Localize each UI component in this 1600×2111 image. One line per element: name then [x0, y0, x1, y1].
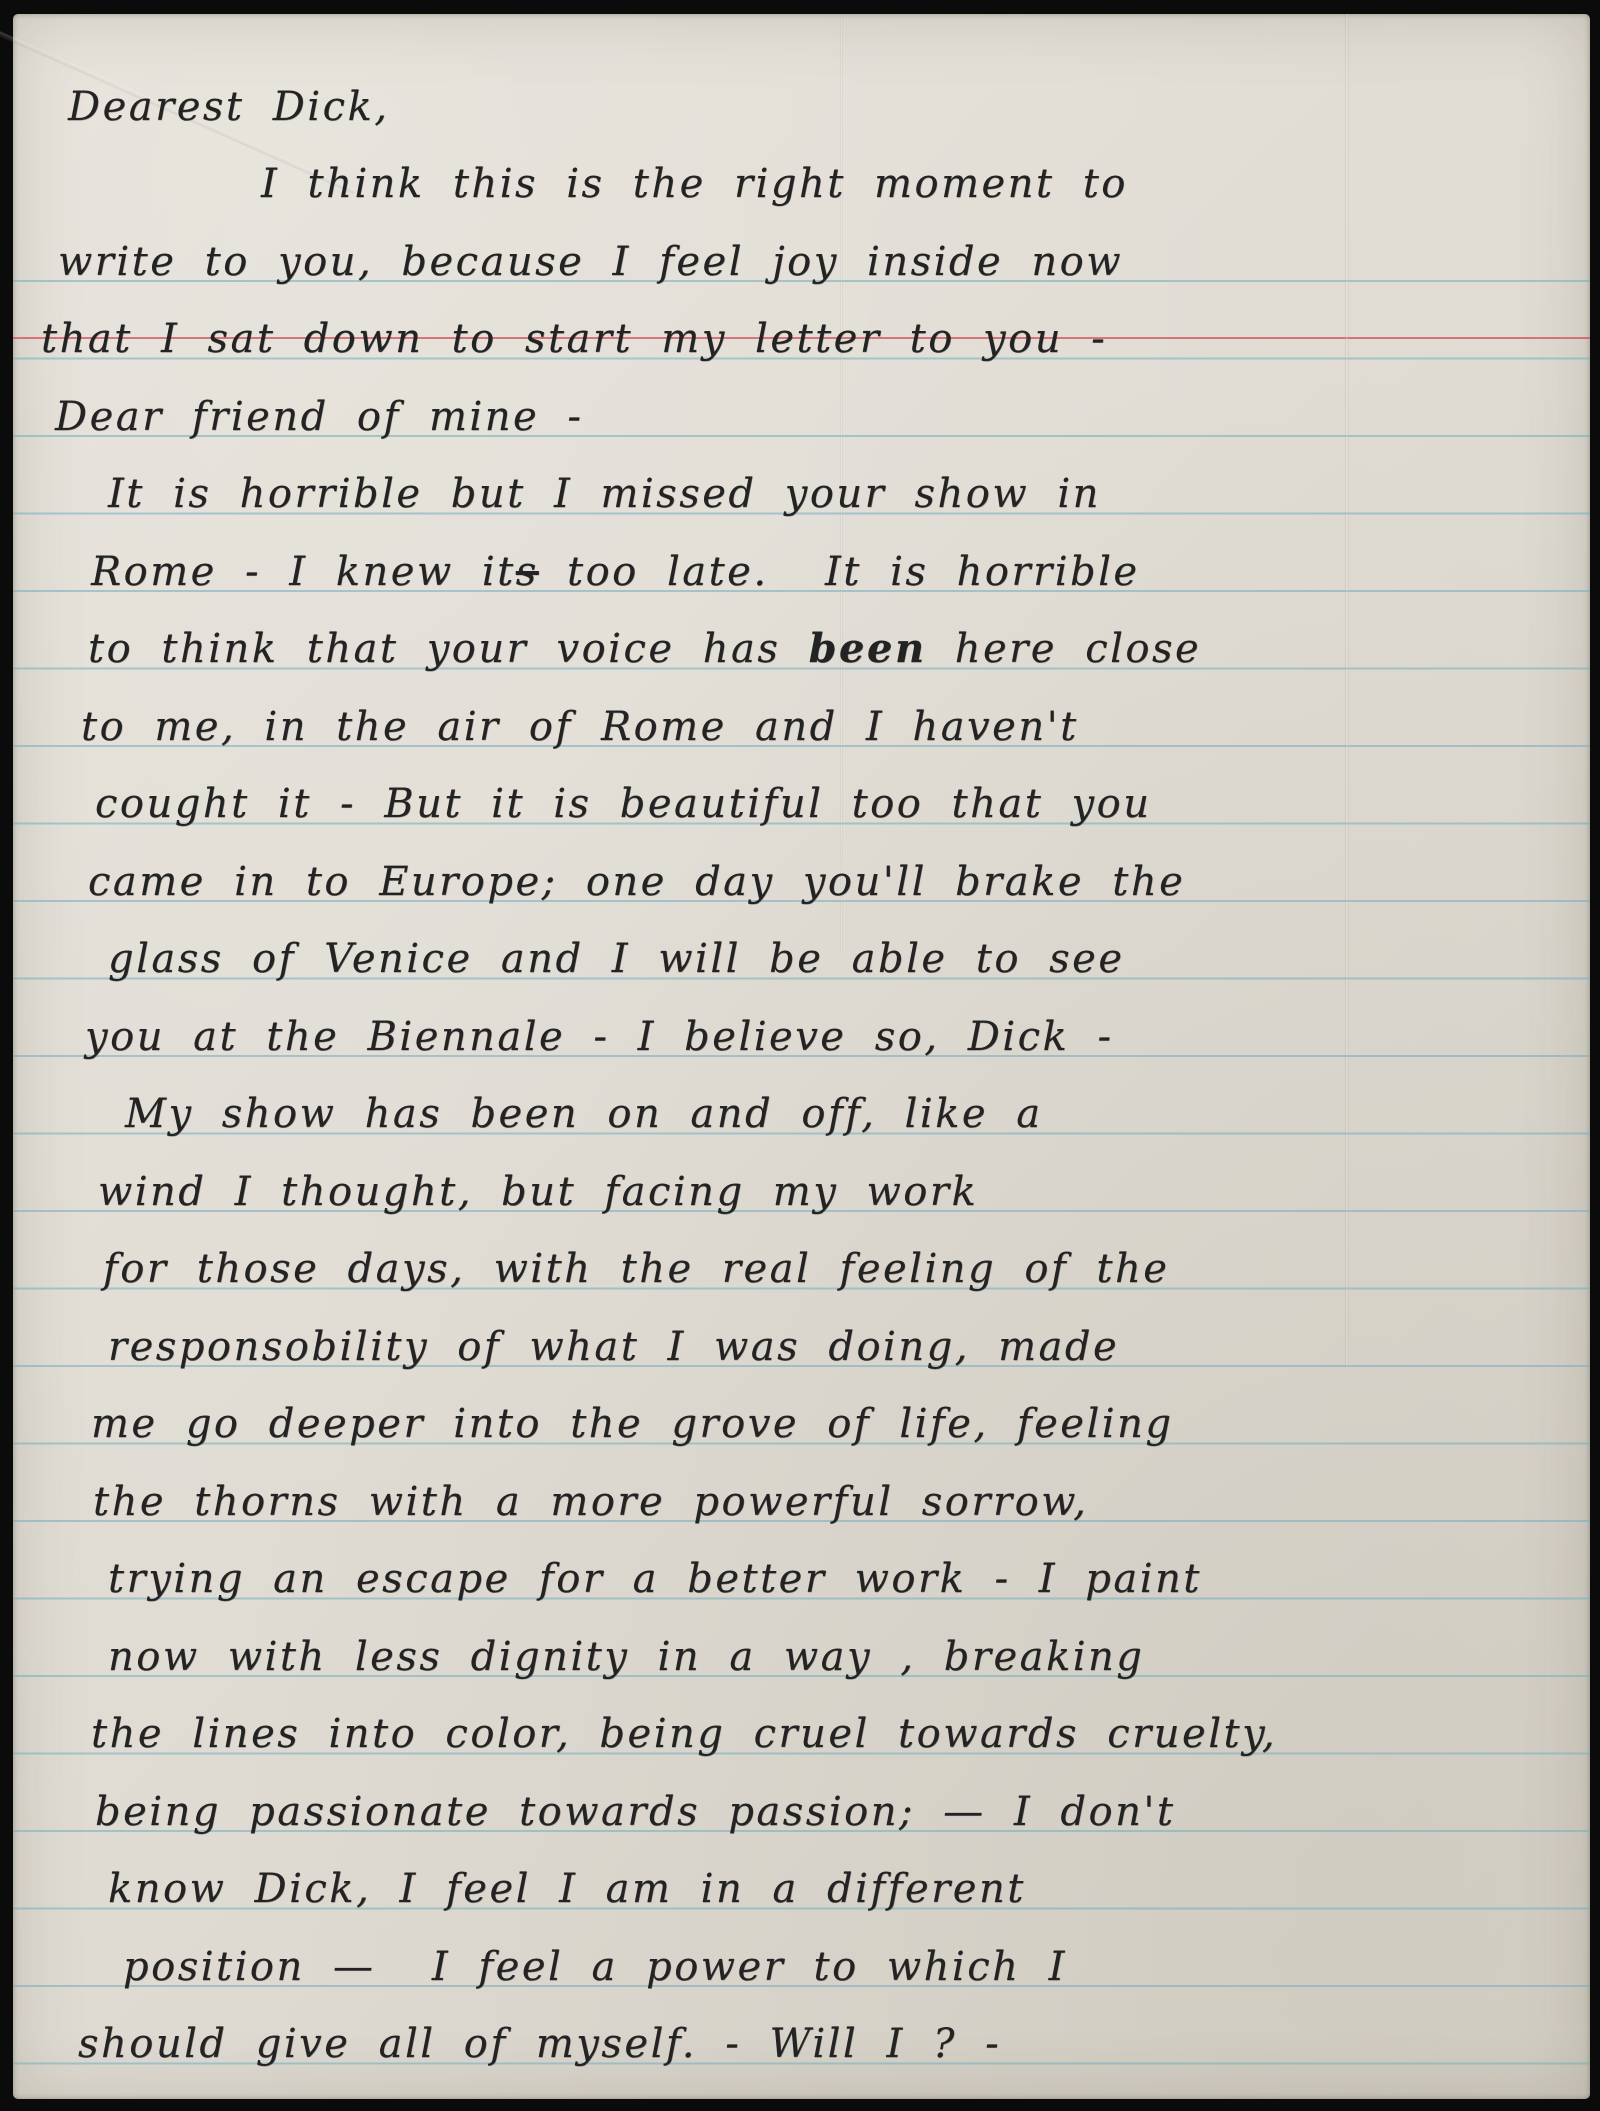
letter-line: the thorns with a more powerful sorrow,	[13, 1455, 1590, 1533]
letter-line: being passionate towards passion; — I do…	[13, 1765, 1590, 1843]
letter-line: I think this is the right moment to	[13, 138, 1590, 216]
letter-line-text: the thorns with a more powerful sorrow,	[93, 1479, 1088, 1533]
letter-line-text: the lines into color, being cruel toward…	[91, 1711, 1277, 1765]
letter-line-text: being passionate towards passion; — I do…	[95, 1789, 1175, 1843]
letter-line-text: position — I feel a power to which I	[123, 1944, 1067, 1998]
letter-line-text: you at the Biennale - I believe so, Dick…	[85, 1014, 1113, 1068]
letter-line: me go deeper into the grove of life, fee…	[13, 1378, 1590, 1456]
letter-line-text: I think this is the right moment to	[261, 161, 1128, 215]
letter-line-text: now with less dignity in a way , breakin…	[108, 1634, 1144, 1688]
letter-line-text: should give all of myself. - Will I ? -	[78, 2021, 1001, 2075]
letter-line-text: too late. It is horrible	[539, 549, 1140, 603]
letter-line: Dearest Dick,	[13, 60, 1590, 138]
letter-line-text: that I sat down to start my letter to yo…	[41, 316, 1107, 370]
letter-line: know Dick, I feel I am in a different	[13, 1843, 1590, 1921]
letter-line: trying an escape for a better work - I p…	[13, 1533, 1590, 1611]
letter-line: to think that your voice has been here c…	[13, 603, 1590, 681]
letter-line: should give all of myself. - Will I ? -	[13, 1998, 1590, 2076]
letter-line: that I sat down to start my letter to yo…	[13, 293, 1590, 371]
letter-line: came in to Europe; one day you'll brake …	[13, 835, 1590, 913]
letter-line: position — I feel a power to which I	[13, 1920, 1590, 1998]
letter-body: Dearest Dick, I think this is the right …	[13, 60, 1590, 2075]
letter-line: responsobility of what I was doing, made	[13, 1300, 1590, 1378]
letter-line: My show has been on and off, like a	[13, 1068, 1590, 1146]
letter-line-text: responsobility of what I was doing, made	[108, 1324, 1119, 1378]
letter-line-text: My show has been on and off, like a	[125, 1091, 1043, 1145]
letter-line-text: Rome - I knew it	[91, 549, 516, 603]
letter-line: Rome - I knew its too late. It is horrib…	[13, 525, 1590, 603]
letter-line-text: glass of Venice and I will be able to se…	[108, 936, 1125, 990]
letter-line-text: It is horrible but I missed your show in	[108, 471, 1101, 525]
letter-line-text: know Dick, I feel I am in a different	[108, 1866, 1026, 1920]
overwritten-text: been	[809, 625, 927, 680]
letter-line-text: cought it - But it is beautiful too that…	[95, 781, 1151, 835]
letter-line: to me, in the air of Rome and I haven't	[13, 680, 1590, 758]
letter-line: wind I thought, but facing my work	[13, 1145, 1590, 1223]
letter-line: now with less dignity in a way , breakin…	[13, 1610, 1590, 1688]
letter-line-text: to think that your voice has	[88, 626, 809, 680]
letter-line: cought it - But it is beautiful too that…	[13, 758, 1590, 836]
letter-line-text: here close	[927, 626, 1202, 680]
letter-line: glass of Venice and I will be able to se…	[13, 913, 1590, 991]
letter-line-text: Dear friend of mine -	[55, 394, 583, 448]
paper-sheet: Dearest Dick, I think this is the right …	[13, 14, 1590, 2099]
letter-line-text: me go deeper into the grove of life, fee…	[91, 1401, 1173, 1455]
letter-line: for those days, with the real feeling of…	[13, 1223, 1590, 1301]
letter-line-text: write to you, because I feel joy inside …	[58, 239, 1123, 293]
salutation: Dearest Dick,	[68, 84, 389, 138]
letter-line: the lines into color, being cruel toward…	[13, 1688, 1590, 1766]
letter-line: write to you, because I feel joy inside …	[13, 215, 1590, 293]
letter-line: It is horrible but I missed your show in	[13, 448, 1590, 526]
letter-line-text: for those days, with the real feeling of…	[103, 1246, 1169, 1300]
struck-out-text: s	[516, 549, 539, 603]
letter-line-text: trying an escape for a better work - I p…	[108, 1556, 1202, 1610]
letter-line-text: wind I thought, but facing my work	[98, 1169, 978, 1223]
letter-line: Dear friend of mine -	[13, 370, 1590, 448]
letter-line-text: came in to Europe; one day you'll brake …	[88, 859, 1185, 913]
letter-line: you at the Biennale - I believe so, Dick…	[13, 990, 1590, 1068]
letter-line-text: to me, in the air of Rome and I haven't	[81, 704, 1079, 758]
